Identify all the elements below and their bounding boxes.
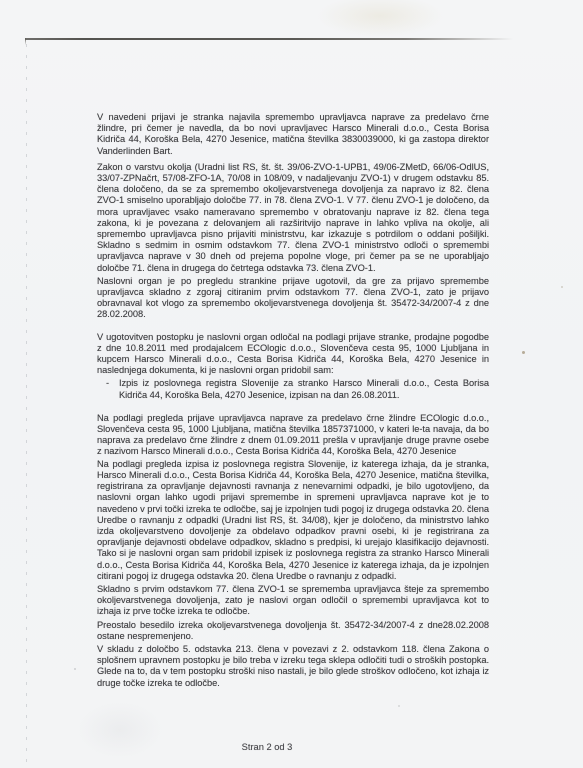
scan-speck xyxy=(398,705,400,707)
dash-bullet: - xyxy=(97,378,119,389)
scan-speck xyxy=(74,668,76,670)
paragraph-notified-operator-change: V navedeni prijavi je stranka najavila s… xyxy=(97,112,489,157)
paragraph-business-register-review: Na podlagi pregleda izpisa iz poslovnega… xyxy=(97,459,489,582)
paragraph-fact-finding-procedure: V ugotovitven postopku je naslovni organ… xyxy=(97,332,489,377)
paragraph-operator-change-decision: Skladno s prvim odstavkom 77. člena ZVO-… xyxy=(97,584,489,618)
page-number: Stran 2 od 3 xyxy=(97,742,437,752)
list-item-text: Izpis iz poslovnega registra Slovenije z… xyxy=(119,378,489,400)
paragraph-authority-finding: Naslovni organ je po pregledu strankine … xyxy=(97,276,489,321)
scanned-document-page: V navedeni prijavi je stranka najavila s… xyxy=(0,0,583,768)
paragraph-environmental-protection-act: Zakon o varstvu okolja (Uradni list RS, … xyxy=(97,162,489,274)
scan-speck xyxy=(522,351,525,354)
scan-speck xyxy=(561,286,563,288)
list-item-registry-extract: - Izpis iz poslovnega registra Slovenije… xyxy=(97,378,489,400)
paragraph-procedure-costs: V skladu z določbo 5. odstavka 213. člen… xyxy=(97,644,489,689)
scan-top-edge-line xyxy=(25,38,513,40)
paragraph-application-review: Na podlagi pregleda prijave upravljavca … xyxy=(97,413,489,458)
document-body-text: V navedeni prijavi je stranka najavila s… xyxy=(97,112,489,689)
scan-left-edge-line xyxy=(26,44,27,764)
paragraph-remaining-text-unchanged: Preostalo besedilo izreka okoljevarstven… xyxy=(97,620,489,642)
